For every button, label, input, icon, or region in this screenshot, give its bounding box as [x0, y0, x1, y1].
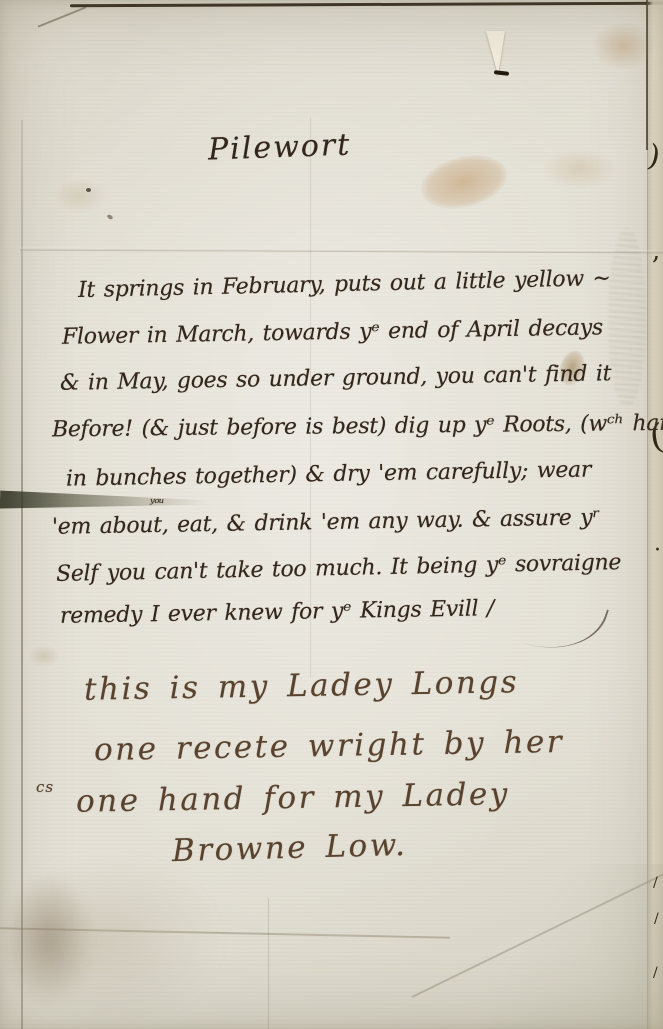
body-line-3: & in May, goes so under ground, you can'… [60, 361, 612, 396]
body-line-6: 'em about, eat, & drink 'em any way. & a… [52, 505, 600, 540]
top-right-corner-stain [592, 22, 654, 70]
horizontal-fold-crease-bottom [0, 927, 450, 938]
leaf-shaped-stain [415, 147, 512, 217]
margin-abbreviation: cs [36, 778, 54, 796]
ink-speck [106, 214, 113, 220]
mid-left-faint-stain [28, 645, 60, 667]
body-line-8: remedy I ever knew for yᵉ Kings Evill / [60, 596, 494, 629]
bottom-right-corner-shading [413, 864, 663, 1029]
page-top-edge [70, 2, 663, 8]
note-line-1: this is my Ladey Longs [84, 664, 520, 708]
bottom-left-smudge-wide [0, 856, 220, 1026]
edge-ink-dot: · [654, 540, 661, 562]
interline-insertion: ʸᵒᵘ [150, 496, 164, 511]
faint-pencil-scribble [608, 228, 646, 408]
note-line-3: one hand for my Ladey [76, 776, 510, 820]
vertical-center-crease [310, 118, 311, 678]
adjacent-page-edge-line [646, 0, 648, 150]
body-line-4: Before! (& just before is best) dig up y… [52, 411, 663, 443]
edge-ink-slash: / [654, 912, 659, 926]
body-line-2: Flower in March, towards yᵉ end of April… [62, 315, 603, 349]
faint-stain-right-of-title [542, 148, 617, 190]
ink-speck [86, 188, 91, 192]
bottom-left-smudge-dark [4, 876, 94, 1004]
note-line-4-signature: Browne Low. [172, 827, 408, 869]
note-line-2: one recete wright by her [94, 724, 565, 768]
manuscript-title: Pilewort [207, 128, 351, 168]
page-left-edge-crease [21, 120, 23, 1029]
body-line-7: Self you can't take too much. It being y… [56, 550, 622, 587]
diagonal-corner-crease [412, 872, 663, 997]
edge-ink-comma: , [652, 238, 660, 264]
tear-ink-mark [494, 70, 509, 76]
page-topleft-edge [38, 6, 87, 27]
body-line-1: It springs in February, puts out a littl… [78, 266, 611, 303]
top-left-stain [52, 178, 107, 214]
edge-ink-slash: / [653, 876, 658, 890]
repaired-tear-streak [0, 491, 208, 512]
vertical-bottom-crease [268, 898, 269, 1029]
pen-flourish [513, 585, 609, 666]
edge-ink-slash: / [653, 966, 658, 980]
body-line-5: in bunches together) & dry 'em carefully… [66, 457, 591, 491]
manuscript-page: ) , ( · / / / Pilewort It springs in Feb… [0, 0, 663, 1029]
horizontal-fold-crease-top [20, 248, 663, 254]
paper-tear-flap [486, 31, 505, 75]
